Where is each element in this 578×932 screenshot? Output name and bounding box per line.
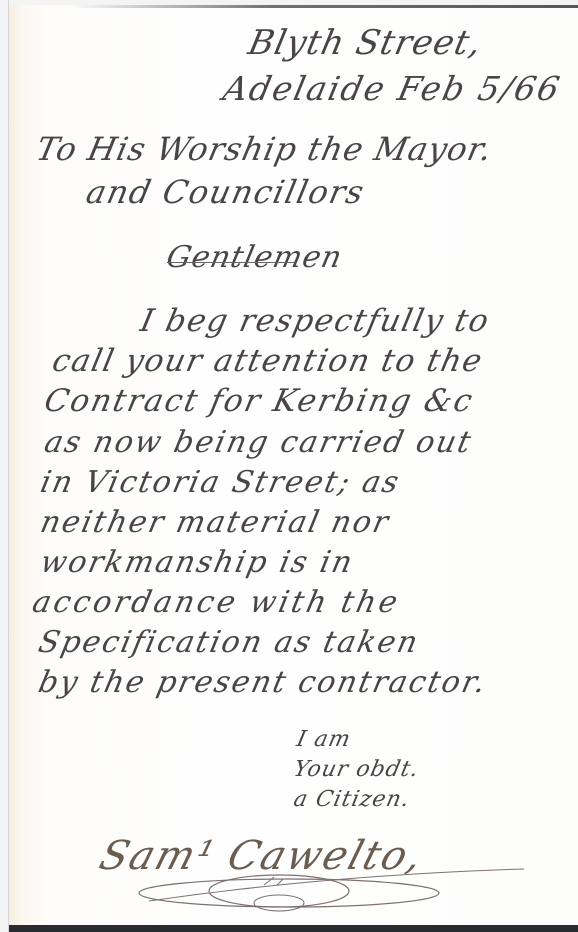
address-street: Blyth Street, xyxy=(245,23,486,63)
body-line: call your attention to the xyxy=(49,343,486,379)
page-top-edge xyxy=(69,5,578,8)
body-line: accordance with the xyxy=(29,585,403,620)
signature-flourish-icon xyxy=(129,865,529,915)
closing-line-3: a Citizen. xyxy=(291,787,412,812)
body-line: as now being carried out xyxy=(41,425,475,460)
closing-line-1: I am xyxy=(294,727,353,752)
body-line: in Victoria Street; as xyxy=(37,465,403,500)
greeting: Gentlemen xyxy=(163,240,345,275)
greeting-underline xyxy=(167,262,295,263)
salutation-line-2: and Councillors xyxy=(83,173,368,211)
body-line: Specification as taken xyxy=(35,625,422,660)
salutation-line-1: To His Worship the Mayor. xyxy=(33,130,496,168)
document-viewer: Blyth Street, Adelaide Feb 5/66 To His W… xyxy=(0,0,578,932)
body-line: workmanship is in xyxy=(37,545,357,580)
body-line: Contract for Kerbing &c xyxy=(41,383,477,419)
body-line: I beg respectfully to xyxy=(137,303,493,339)
viewer-gutter xyxy=(0,0,9,932)
closing-line-2: Your obdt. xyxy=(291,757,421,782)
address-city-date: Adelaide Feb 5/66 xyxy=(220,69,565,108)
body-line: by the present contractor. xyxy=(35,665,490,700)
body-line: neither material nor xyxy=(37,505,393,540)
viewer-bottom-bar xyxy=(9,925,578,932)
letter-page: Blyth Street, Adelaide Feb 5/66 To His W… xyxy=(9,5,578,925)
